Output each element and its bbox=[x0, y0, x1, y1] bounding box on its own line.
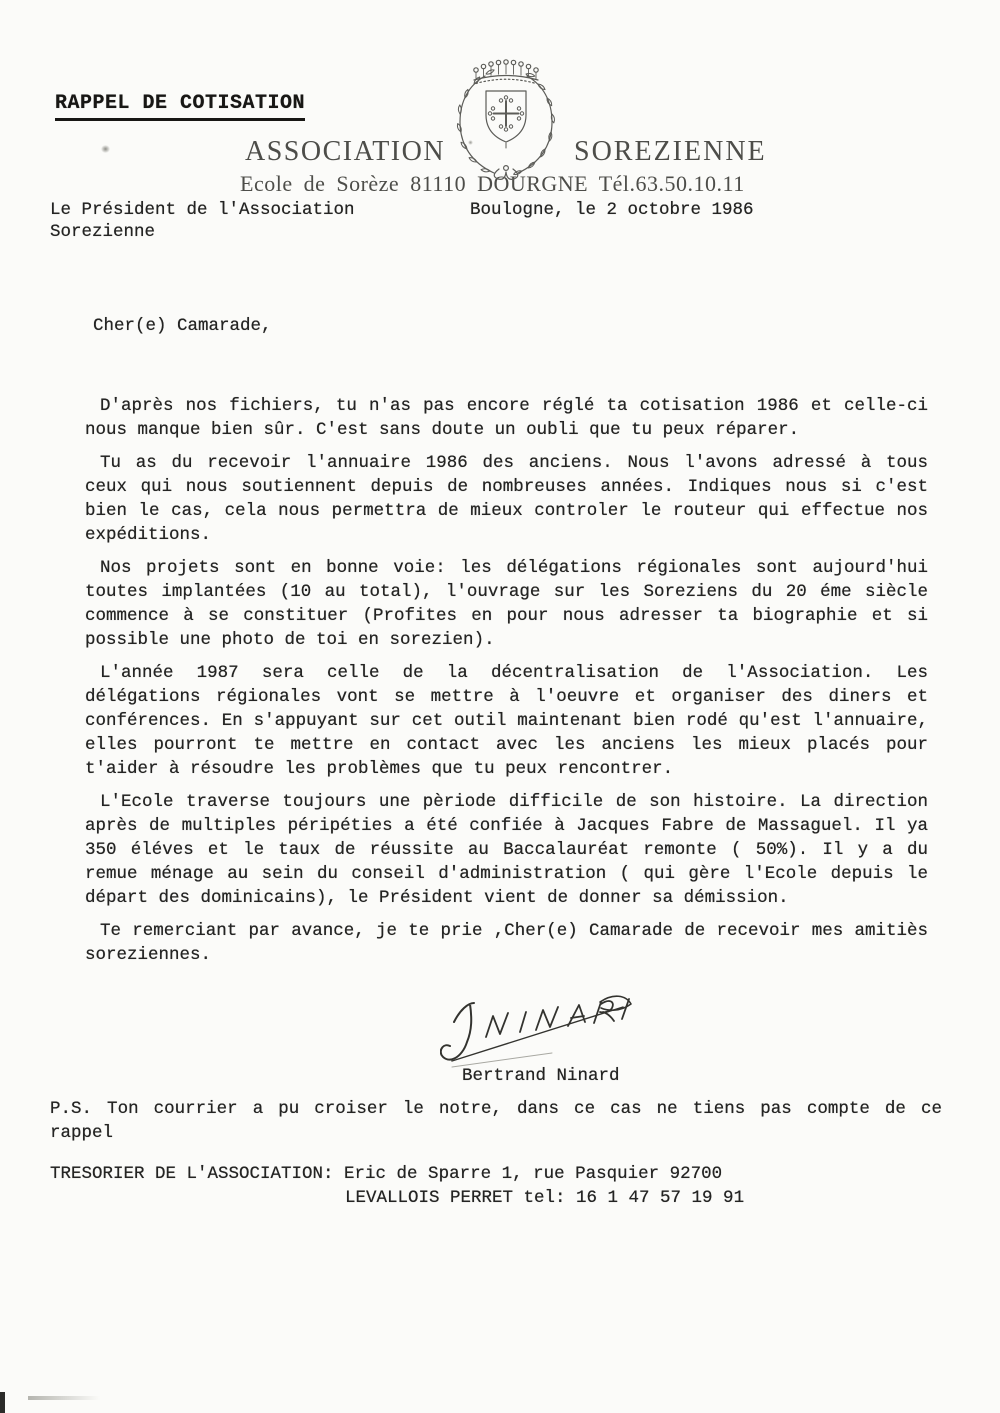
body-paragraph: Nos projets sont en bonne voie: les délé… bbox=[85, 556, 928, 652]
scan-edge-artifact bbox=[0, 1392, 5, 1413]
body-paragraph: D'après nos fichiers, tu n'as pas encore… bbox=[85, 394, 928, 442]
body-paragraph: L'année 1987 sera celle de la décentrali… bbox=[85, 661, 928, 781]
signature-typed-name: Bertrand Ninard bbox=[462, 1066, 620, 1086]
reminder-title: RAPPEL DE COTISATION bbox=[55, 92, 305, 121]
postscript: P.S. Ton courrier a pu croiser le notre,… bbox=[50, 1097, 942, 1145]
treasurer-block: TRESORIER DE L'ASSOCIATION: Eric de Spar… bbox=[50, 1162, 744, 1210]
body-paragraph: Te remerciant par avance, je te prie ,Ch… bbox=[85, 919, 928, 967]
body-paragraph: Tu as du recevoir l'annuaire 1986 des an… bbox=[85, 451, 928, 547]
dateline: Boulogne, le 2 octobre 1986 bbox=[470, 200, 754, 220]
scanned-letter-page: RAPPEL DE COTISATION ASSOCIATION SOREZIE… bbox=[0, 0, 1000, 1413]
org-name-right: SOREZIENNE bbox=[574, 136, 767, 168]
salutation: Cher(e) Camarade, bbox=[85, 314, 928, 338]
sender-block: Le Président de l'Association Sorezienne bbox=[50, 199, 355, 243]
body-paragraph: L'Ecole traverse toujours une pèriode di… bbox=[85, 790, 928, 910]
scan-smudge-artifact bbox=[28, 1396, 100, 1400]
handwritten-signature bbox=[440, 992, 650, 1076]
letter-body: Cher(e) Camarade, D'après nos fichiers, … bbox=[85, 314, 928, 976]
treasurer-line-1: TRESORIER DE L'ASSOCIATION: Eric de Spar… bbox=[50, 1162, 744, 1186]
sender-org: Sorezienne bbox=[50, 221, 355, 243]
association-crest-icon bbox=[450, 55, 562, 181]
scan-speck bbox=[468, 140, 473, 145]
org-name-left: ASSOCIATION bbox=[245, 136, 445, 168]
treasurer-line-2: LEVALLOIS PERRET tel: 16 1 47 57 19 91 bbox=[345, 1186, 744, 1210]
sender-role: Le Président de l'Association bbox=[50, 199, 355, 221]
scan-speck bbox=[101, 145, 110, 153]
